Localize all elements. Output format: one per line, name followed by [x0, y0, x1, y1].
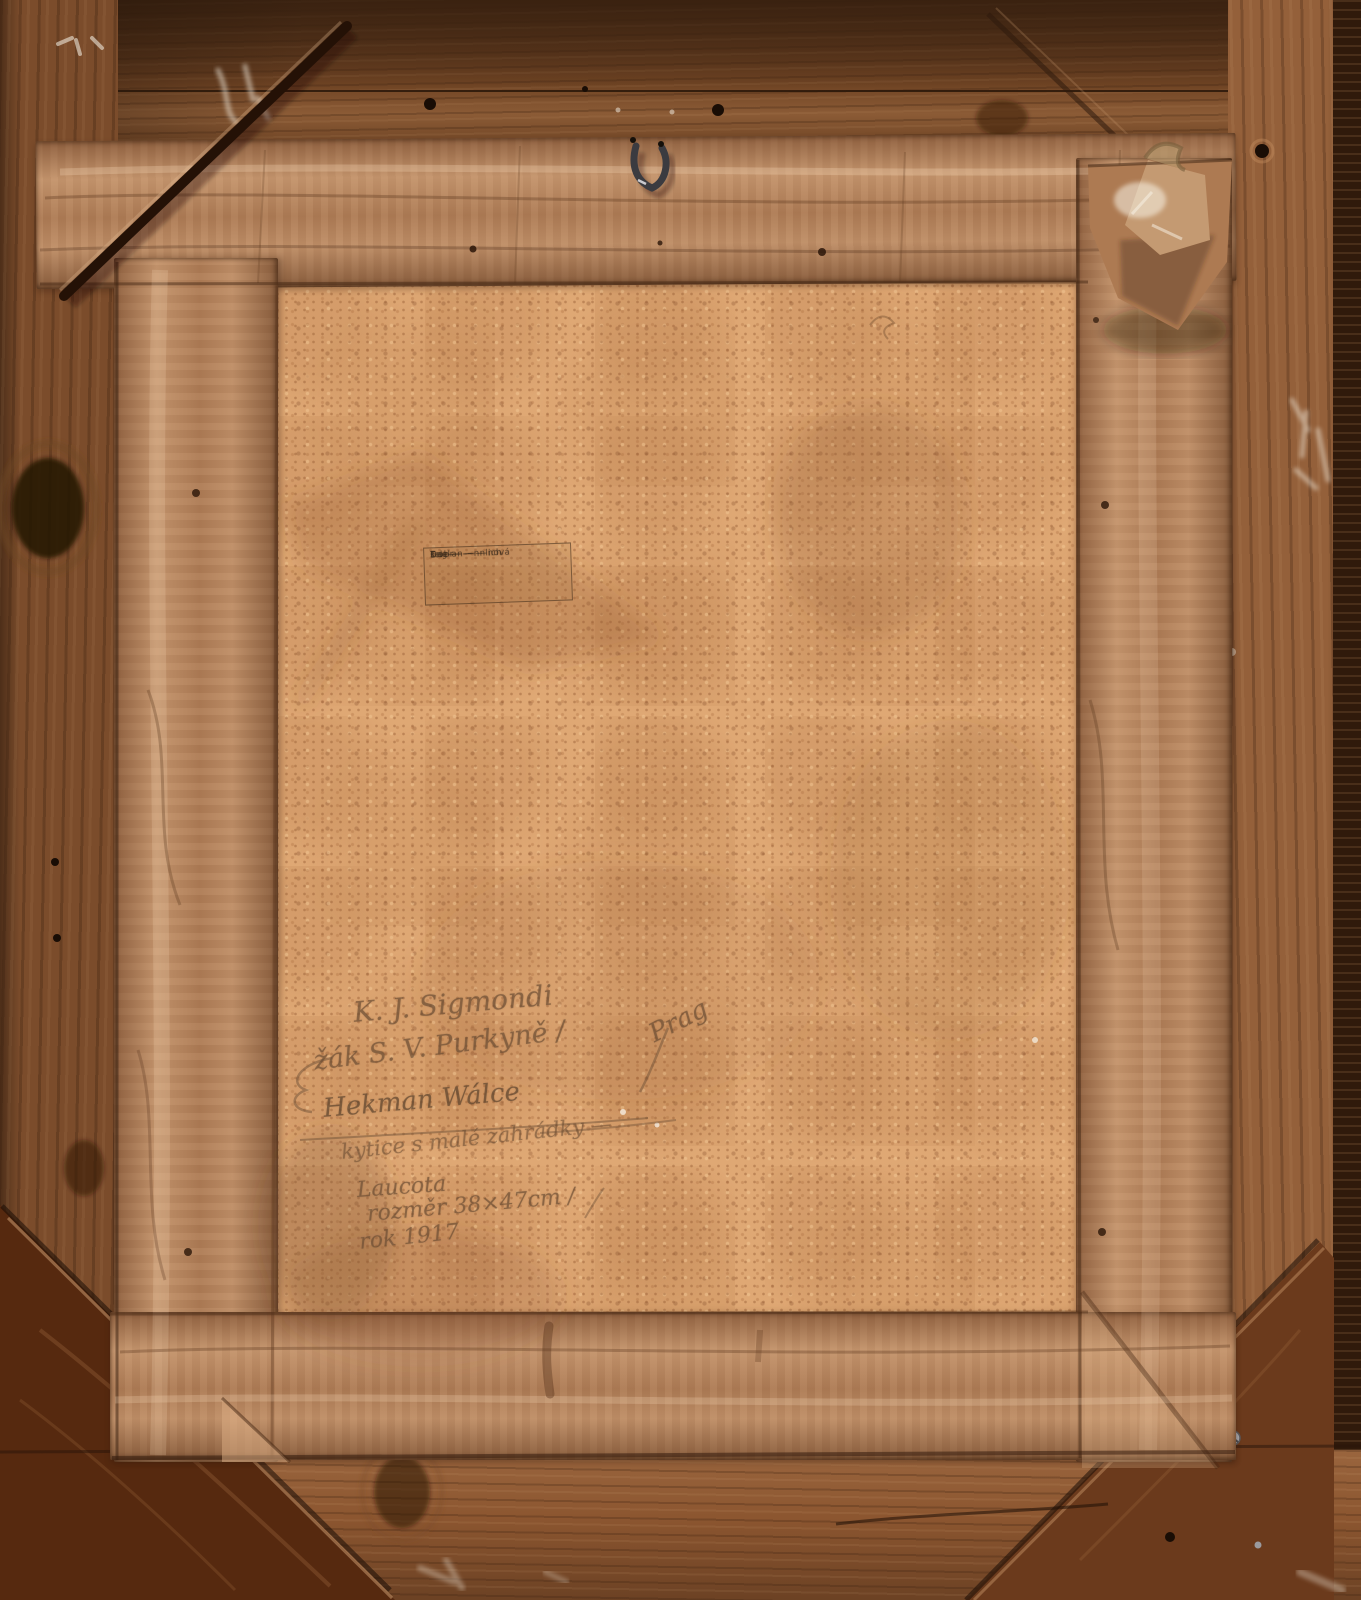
frame-rail-bottom	[0, 1450, 1361, 1600]
backing-board	[255, 266, 1081, 1318]
paper-tape-bottom	[110, 1312, 1236, 1460]
framed-painting-back-photo: Tele an–– –– nová s obr–– –– –– Da–––– –…	[0, 0, 1361, 1600]
frame-outer-edge-right	[1333, 0, 1361, 1600]
paper-tape-right	[1076, 158, 1232, 1462]
stamp-line: Engl–– ––	[430, 550, 472, 561]
faded-ink-stamp: Tele an–– –– nová s obr–– –– –– Da–––– –…	[423, 542, 573, 605]
paper-tape-left	[114, 258, 278, 1462]
